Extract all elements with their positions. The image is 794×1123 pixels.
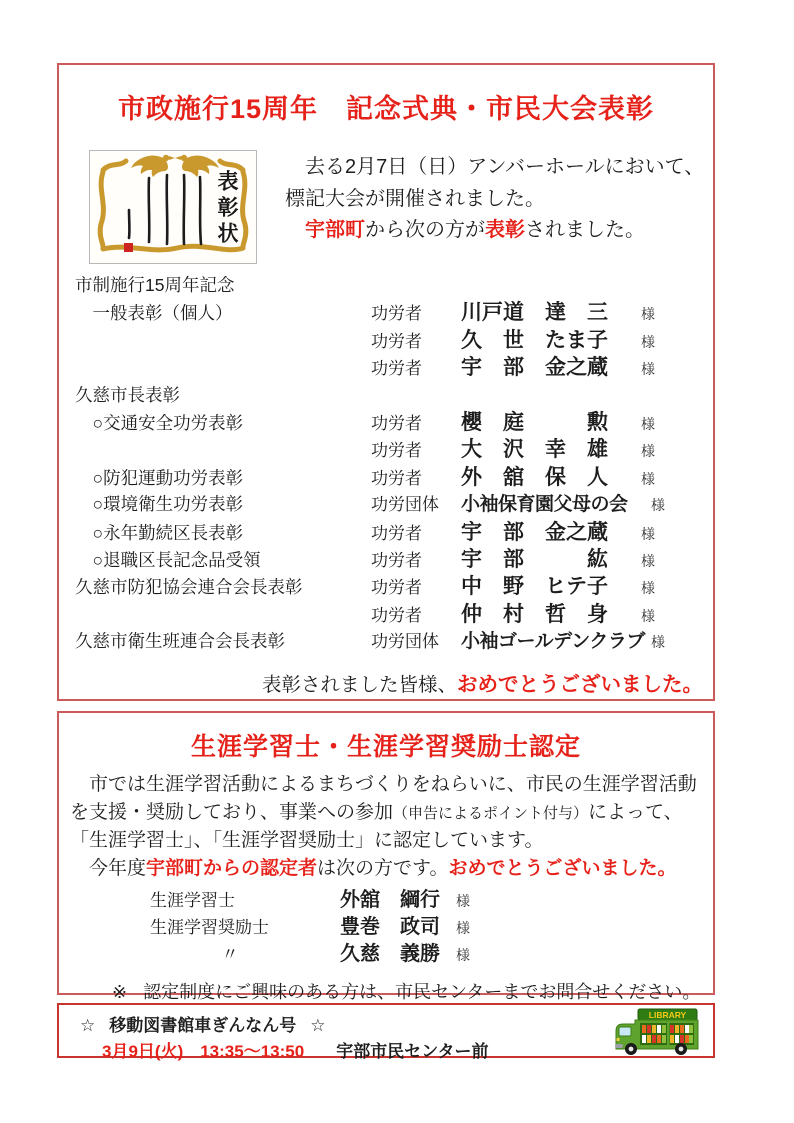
award-category: 市制施行15周年記念	[59, 272, 371, 299]
intro-line3-post: されました。	[525, 219, 645, 241]
certified-person-row: 生涯学習士外舘 綱行様	[59, 887, 713, 914]
award-recipient-name: 小袖ゴールデンクラブ	[461, 628, 647, 655]
note-mark: ※	[112, 982, 127, 1002]
award-list: 市制施行15周年記念 一般表彰（個人）功労者川戸道 達 三様功労者久 世 たま子…	[59, 272, 713, 655]
award-honorific: 様	[637, 411, 655, 438]
award-row: ○退職区長記念品受領功労者宇 部 紘様	[59, 546, 713, 573]
award-recipient-name: 櫻 庭 勲	[461, 409, 637, 436]
award-role-label: 功労者	[371, 328, 461, 355]
certified-person-name: 豊巻 政司	[340, 914, 452, 941]
award-recipient-name: 外 舘 保 人	[461, 464, 637, 491]
award-row: ○交通安全功労表彰功労者櫻 庭 勲様	[59, 409, 713, 436]
certified-person-list: 生涯学習士外舘 綱行様生涯学習奨励士豊巻 政司様〃久慈 義勝様	[59, 887, 713, 968]
library-datetime: 3月9日(火) 13:35～13:50	[102, 1042, 304, 1061]
award-honorific: 様	[647, 492, 665, 519]
ll-line4-red1: 宇部町からの認定者	[146, 858, 317, 879]
intro-line3-award: 表彰	[485, 219, 525, 241]
intro-line3-town: 宇部町	[305, 219, 365, 241]
award-role-label: 功労団体	[371, 491, 461, 518]
intro-line2: 標記大会が開催されました。	[285, 188, 545, 210]
certified-person-row: 〃久慈 義勝様	[59, 941, 713, 968]
award-intro-text: 去る2月7日（日）アンバーホールにおいて、標記大会が開催されました。 宇部町から…	[285, 152, 704, 264]
mobile-library-name: 移動図書館車ぎんなん号	[109, 1016, 296, 1035]
award-honorific: 様	[637, 466, 655, 493]
ll-line2b: によって、	[588, 802, 683, 823]
award-category: ○交通安全功労表彰	[59, 410, 371, 437]
closing-red: おめでとうございました。	[457, 673, 703, 696]
award-honorific: 様	[637, 603, 655, 630]
award-recipient-name: 宇 部 金之蔵	[461, 354, 637, 381]
lifelong-learning-section: 生涯学習士・生涯学習奨励士認定 市では生涯学習活動によるまちづくりをねらいに、市…	[57, 711, 715, 995]
certified-honorific: 様	[452, 942, 470, 969]
certificate-label: 表彰状	[211, 170, 241, 248]
award-row: 久慈市防犯協会連合会長表彰功労者中 野 ヒテ子様	[59, 573, 713, 600]
certified-person-name: 久慈 義勝	[340, 941, 452, 968]
ll-line4-red2: おめでとうございました。	[449, 858, 677, 879]
award-honorific: 様	[637, 356, 655, 383]
award-role-label: 功労者	[371, 355, 461, 382]
award-honorific: 様	[637, 329, 655, 356]
lifelong-learning-body: 市では生涯学習活動によるまちづくりをねらいに、市民の生涯学習活動を支援・奨励して…	[70, 771, 703, 882]
certified-honorific: 様	[452, 888, 470, 915]
award-section: 市政施行15周年 記念式典・市民大会表彰	[57, 63, 715, 701]
award-row: ○防犯運動功労表彰功労者外 舘 保 人様	[59, 464, 713, 491]
award-role-label: 功労者	[371, 547, 461, 574]
star-icon: ☆	[80, 1016, 95, 1035]
award-recipient-name: 小袖保育園父母の会	[461, 491, 647, 518]
award-category: ○永年勤続区長表彰	[59, 520, 371, 547]
award-recipient-name: 仲 村 哲 身	[461, 601, 637, 628]
closing-black: 表彰されました皆様、	[262, 674, 457, 696]
library-bus-illustration: LIBRARY	[614, 1008, 702, 1056]
award-category: 一般表彰（個人）	[59, 300, 371, 327]
award-section-title: 市政施行15周年 記念式典・市民大会表彰	[59, 87, 713, 126]
intro-line3-mid: から次の方が	[365, 219, 485, 241]
library-bus-image: LIBRARY	[614, 1008, 702, 1056]
award-role-label: 功労団体	[371, 628, 461, 655]
award-honorific: 様	[637, 548, 655, 575]
award-row: 功労者仲 村 哲 身様	[59, 601, 713, 628]
award-row: 市制施行15周年記念	[59, 272, 713, 299]
award-row: 功労者宇 部 金之蔵様	[59, 354, 713, 381]
award-honorific: 様	[637, 521, 655, 548]
award-role-label: 功労者	[371, 300, 461, 327]
award-category: ○環境衛生功労表彰	[59, 491, 371, 518]
ll-line4a: 今年度	[70, 858, 146, 879]
ll-line2a: を支援・奨励しており、事業への参加	[70, 802, 393, 823]
award-honorific: 様	[637, 575, 655, 602]
award-row: 久慈市衛生班連合会長表彰功労団体小袖ゴールデンクラブ様	[59, 628, 713, 655]
award-row: 功労者大 沢 幸 雄様	[59, 436, 713, 463]
ll-line2-small: （申告によるポイント付与）	[393, 805, 588, 822]
newsletter-page: 市政施行15周年 記念式典・市民大会表彰	[0, 0, 794, 1123]
award-recipient-name: 大 沢 幸 雄	[461, 436, 637, 463]
ll-line1: 市では生涯学習活動によるまちづくりをねらいに、市民の生涯学習活動	[70, 774, 697, 795]
award-recipient-name: 宇 部 紘	[461, 546, 637, 573]
award-row: 一般表彰（個人）功労者川戸道 達 三様	[59, 299, 713, 326]
award-recipient-name: 宇 部 金之蔵	[461, 519, 637, 546]
bus-library-sign: LIBRARY	[649, 1010, 687, 1020]
certified-honorific: 様	[452, 915, 470, 942]
award-row: ○環境衛生功労表彰功労団体小袖保育園父母の会様	[59, 491, 713, 518]
ll-line3: 「生涯学習士」、「生涯学習奨励士」に認定しています。	[70, 830, 543, 851]
mobile-library-section: ☆移動図書館車ぎんなん号☆ 3月9日(火) 13:35～13:50宇部市民センタ…	[57, 1003, 715, 1058]
intro-line1: 去る2月7日（日）アンバーホールにおいて、	[285, 156, 704, 178]
award-honorific: 様	[647, 629, 665, 656]
certification-type: 生涯学習奨励士	[150, 914, 340, 941]
certified-person-name: 外舘 綱行	[340, 887, 452, 914]
award-closing-line: 表彰されました皆様、おめでとうございました。	[59, 667, 703, 697]
award-role-label: 功労者	[371, 465, 461, 492]
certification-type: 〃	[150, 941, 310, 968]
inquiry-note: ※認定制度にご興味のある方は、市民センターまでお問合せください。	[112, 978, 713, 1004]
award-honorific: 様	[637, 301, 655, 328]
library-location: 宇部市民センター前	[336, 1042, 488, 1061]
ll-line4b: は次の方です。	[317, 858, 448, 879]
award-recipient-name: 中 野 ヒテ子	[461, 573, 637, 600]
award-recipient-name: 久 世 たま子	[461, 327, 637, 354]
award-role-label: 功労者	[371, 574, 461, 601]
note-text: 認定制度にご興味のある方は、市民センターまでお問合せください。	[143, 982, 700, 1002]
award-category: 久慈市衛生班連合会長表彰	[59, 628, 371, 655]
certificate-image: 表彰状	[89, 150, 257, 264]
award-recipient-name: 川戸道 達 三	[461, 299, 637, 326]
award-role-label: 功労者	[371, 437, 461, 464]
certification-type: 生涯学習士	[150, 887, 340, 914]
award-role-label: 功労者	[371, 602, 461, 629]
certified-person-row: 生涯学習奨励士豊巻 政司様	[59, 914, 713, 941]
award-role-label: 功労者	[371, 410, 461, 437]
award-role-label: 功労者	[371, 520, 461, 547]
intro-line3-indent	[285, 219, 305, 241]
award-row: 功労者久 世 たま子様	[59, 327, 713, 354]
award-category: 久慈市長表彰	[59, 382, 371, 409]
award-category: ○退職区長記念品受領	[59, 547, 371, 574]
award-intro-row: 表彰状 去る2月7日（日）アンバーホールにおいて、標記大会が開催されました。 宇…	[89, 150, 713, 264]
award-row: ○永年勤続区長表彰功労者宇 部 金之蔵様	[59, 519, 713, 546]
lifelong-learning-title: 生涯学習士・生涯学習奨励士認定	[59, 727, 713, 763]
star-icon: ☆	[310, 1016, 325, 1035]
award-row: 久慈市長表彰	[59, 382, 713, 409]
award-honorific: 様	[637, 438, 655, 465]
award-category: ○防犯運動功労表彰	[59, 465, 371, 492]
award-category: 久慈市防犯協会連合会長表彰	[59, 574, 371, 601]
